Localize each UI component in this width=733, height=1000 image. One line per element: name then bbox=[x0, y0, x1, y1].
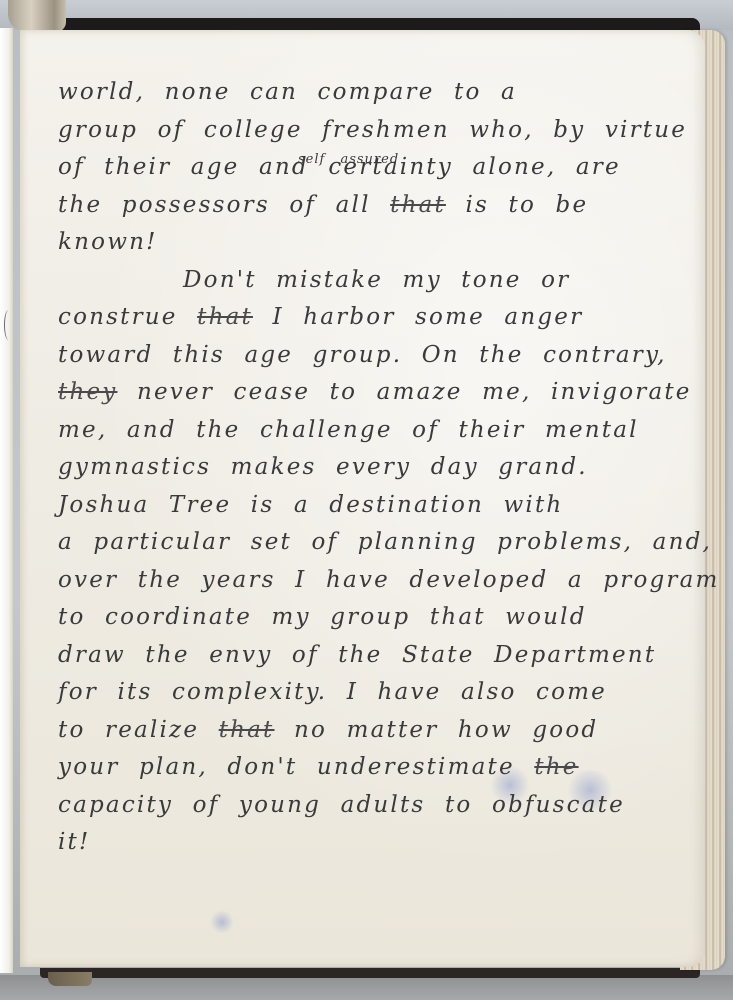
struck-word: that bbox=[390, 192, 446, 218]
struck-word: the bbox=[534, 754, 578, 780]
ink-bleed-spot bbox=[210, 910, 234, 934]
struck-word: that bbox=[219, 717, 275, 743]
text-line: for its complexity. I have also come bbox=[58, 674, 678, 712]
text-line: Joshua Tree is a destination with bbox=[58, 487, 678, 525]
notebook-cover-bottom bbox=[40, 968, 700, 978]
text-line: capacity of young adults to obfuscate bbox=[58, 787, 678, 825]
handwritten-text: world, none can compare to a group of co… bbox=[58, 74, 678, 862]
struck-word: that bbox=[197, 304, 253, 330]
text-line: me, and the challenge of their mental bbox=[58, 412, 678, 450]
text-line: self assured of their age and certainty … bbox=[58, 149, 678, 187]
background-surface-bottom bbox=[0, 975, 733, 1000]
text-line: toward this age group. On the contrary, bbox=[58, 337, 678, 375]
margin-ink-mark bbox=[4, 310, 13, 340]
text-line: gymnastics makes every day grand. bbox=[58, 449, 678, 487]
notebook-page: world, none can compare to a group of co… bbox=[20, 30, 705, 967]
text-line: a particular set of planning problems, a… bbox=[58, 524, 678, 562]
text-line: world, none can compare to a bbox=[58, 74, 678, 112]
text-line: it! bbox=[58, 824, 678, 862]
facing-page-edge bbox=[0, 28, 13, 973]
struck-word: they bbox=[58, 379, 117, 405]
text-line: the possessors of all that is to be bbox=[58, 187, 678, 225]
text-line: they never cease to amaze me, invigorate bbox=[58, 374, 678, 412]
text-line: Don't mistake my tone or bbox=[58, 262, 678, 300]
bookmark-ribbon-end bbox=[48, 972, 92, 986]
text-line: known! bbox=[58, 224, 678, 262]
text-line: to realize that no matter how good bbox=[58, 712, 678, 750]
text-line: draw the envy of the State Department bbox=[58, 637, 678, 675]
inserted-word: self assured bbox=[298, 141, 399, 179]
text-line: construe that I harbor some anger bbox=[58, 299, 678, 337]
text-line: your plan, don't underestimate the bbox=[58, 749, 678, 787]
text-line: to coordinate my group that would bbox=[58, 599, 678, 637]
text-line: over the years I have developed a progra… bbox=[58, 562, 678, 600]
bookmark-ribbon bbox=[8, 0, 66, 32]
